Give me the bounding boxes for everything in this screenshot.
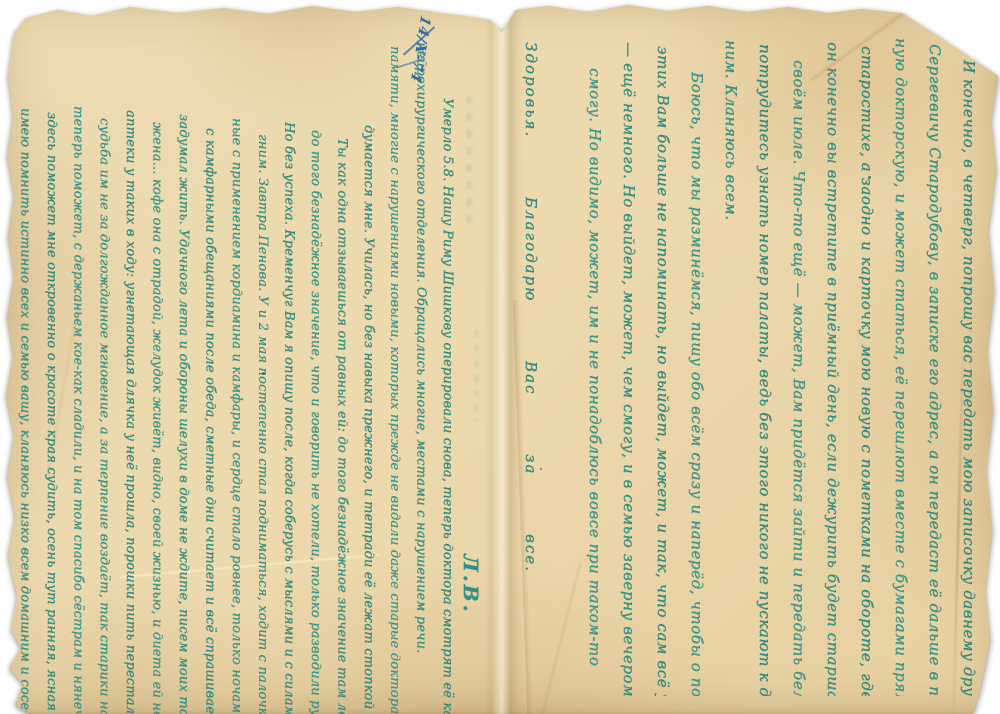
handwritten-line: смогу. Но видимо, может, им и не понадоб… [578,34,612,696]
handwritten-line: судьба им не за долгожданное мгновение, … [90,30,116,714]
handwritten-line: думается мне. Училась, но без навыка пре… [354,30,380,714]
handwritten-line: здесь поможет мне откровенно о красоте к… [38,30,64,714]
handwritten-line: Ты как одна отзываешься от равных ей: до… [328,30,354,714]
ink-speck [262,372,265,375]
scan-shadow-wrapper: И конечно, в четверг, попрошу вас переда… [0,0,1000,714]
handwritten-line: до того безнадёжное значение, что и гово… [302,30,328,714]
handwritten-line: теперь поможет, с держаньем кое-как слад… [64,30,90,714]
handwritten-line: И конечно, в четверг, попрошу вас переда… [952,34,986,696]
handwritten-line: потрудитесь узнать номер палаты, ведь бе… [748,34,782,696]
handwritten-line: старостихе, а заодно и карточку мою нову… [850,34,884,696]
handwritten-line: ную докторскую, и может статься, её пере… [884,34,918,696]
handwritten-line: — ещё немного. Но выйдет, может, чем смо… [612,34,646,696]
scan-canvas: { "document": { "kind": "scanned handwri… [0,0,1000,714]
handwritten-line: имею помнить истинно всех и семью вашу, … [11,30,37,714]
handwritten-line: Но без успеха. Кременчуг Вам я опишу пос… [275,30,301,714]
handwritten-line: жена... кофе она с отрадой, желудок живё… [143,30,169,714]
handwritten-line: нейрохирургического отделения. Обращалис… [407,30,433,714]
handwritten-line: этих Вам больше не напоминать, но выйдет… [646,34,680,696]
handwritten-line: памяти, многие с нарушениями новыми, кот… [381,30,407,714]
handwritten-line: ним. Кланяюсь всем. [714,34,748,696]
ink-speck [697,454,699,456]
handwritten-line: Боюсь, что мы разминёмся, пишу обо всём … [680,34,714,696]
handwritten-line: задумал жить. Удачного лета и обороны ше… [170,30,196,714]
handwriting-page-right: И конечно, в четверг, попрошу вас переда… [448,34,986,696]
handwritten-line: Умерло 5.8. Нашу Риму Шишкову оперировал… [434,30,460,714]
handwritten-line: с камфарными обещаниями после обеда, сме… [196,30,222,714]
handwriting-page-left: Умерло 5.8. Нашу Риму Шишкову оперировал… [8,30,460,714]
letter-paper: И конечно, в четверг, попрошу вас переда… [0,0,1000,714]
handwritten-line: аптеки у таких в ходу: угнетающая длячка… [117,30,143,714]
handwritten-line: своём июле. Что-то ещё — может, Вам прид… [782,34,816,696]
handwritten-line: Здоровья. Благодарю Вас за все. [514,34,548,696]
ink-speck [868,176,871,179]
handwritten-line: ные с применением кордиамина и камфары, … [222,30,248,714]
handwritten-line: Сергеевичу Стародубову, в записке его ад… [918,34,952,696]
handwritten-line: он конечно вы встретите в приёмный день,… [816,34,850,696]
ink-speck [540,468,542,470]
